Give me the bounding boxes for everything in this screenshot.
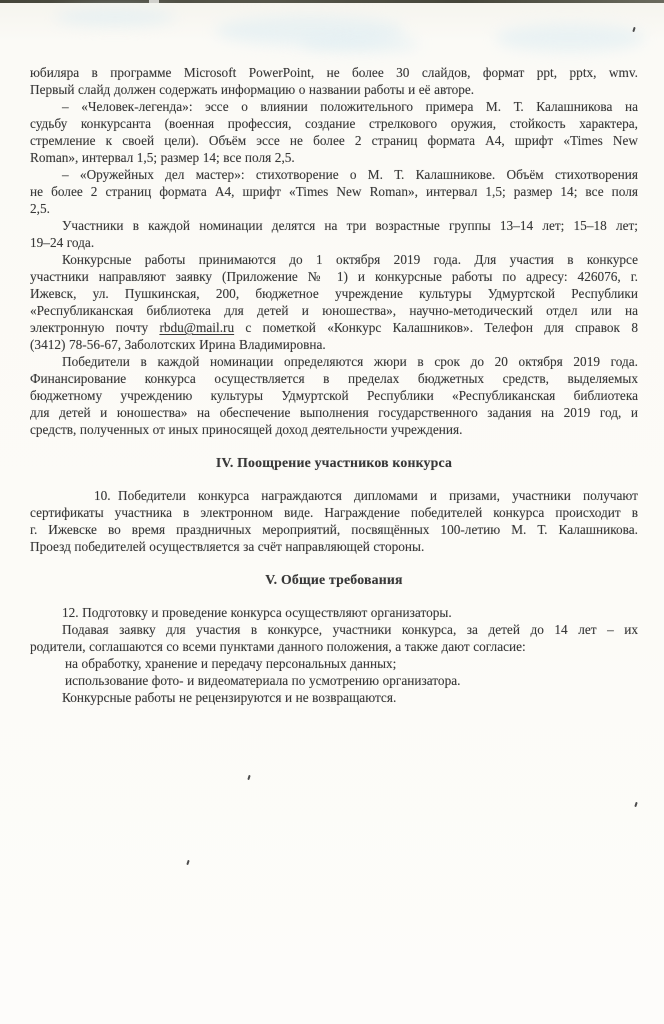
paragraph: юбиляра в программе Microsoft PowerPoint… [30, 64, 638, 98]
section-heading: IV. Поощрение участников конкурса [30, 454, 638, 471]
text-line: Первый слайд должен содержать информацию… [30, 81, 638, 98]
text-line: электронную почту rbdu@mail.ru с пометко… [30, 319, 638, 336]
scan-speck [634, 802, 637, 807]
text-line: бюджетному учреждению культуры Удмуртско… [30, 387, 638, 404]
text-line: – «Человек-легенда»: эссе о влиянии поло… [30, 98, 638, 115]
scan-speck [247, 775, 250, 780]
text-line: – «Оружейных дел мастер»: стихотворение … [30, 166, 638, 183]
scan-smudge [55, 8, 175, 26]
text-line: Проезд победителей осуществляется за счё… [30, 538, 638, 555]
document-content: юбиляра в программе Microsoft PowerPoint… [30, 64, 638, 706]
text-line: для детей и юношества» на обеспечение вы… [30, 404, 638, 421]
paragraph: использование фото- и видеоматериала по … [30, 672, 638, 689]
text-line: Конкурсные работы принимаются до 1 октяб… [30, 251, 638, 268]
scanner-top-edge-gap [149, 0, 159, 3]
text-line: 12. Подготовку и проведение конкурса осу… [30, 604, 638, 621]
paragraph: на обработку, хранение и передачу персон… [30, 655, 638, 672]
text-line: судьбу конкурсанта (военная профессия, с… [30, 115, 638, 132]
text-line: Победители в каждой номинации определяют… [30, 353, 638, 370]
text-line: Финансирование конкурса осуществляется в… [30, 370, 638, 387]
paragraph: Победители в каждой номинации определяют… [30, 353, 638, 438]
scan-smudge [495, 24, 645, 52]
text-line: стремление к своей цели). Объём эссе не … [30, 132, 638, 149]
paragraph: Участники в каждой номинации делятся на … [30, 217, 638, 251]
email-text: rbdu@mail.ru [159, 320, 234, 335]
scan-speck [186, 860, 189, 865]
text-line: участники направляют заявку (Приложение … [30, 268, 638, 285]
paragraph: – «Оружейных дел мастер»: стихотворение … [30, 166, 638, 217]
text-line: юбиляра в программе Microsoft PowerPoint… [30, 64, 638, 81]
text-line: средств, полученных от иных приносящей д… [30, 421, 638, 438]
paragraph: Подавая заявку для участия в конкурсе, у… [30, 621, 638, 655]
paragraph: Конкурсные работы не рецензируются и не … [30, 689, 638, 706]
item-number: 10. [62, 487, 118, 504]
text-line: Участники в каждой номинации делятся на … [30, 217, 638, 234]
scan-smudge [300, 36, 420, 52]
text-line: 19–24 года. [30, 234, 638, 251]
text-line: не более 2 страниц формата А4, шрифт «Ti… [30, 183, 638, 200]
section-heading: V. Общие требования [30, 571, 638, 588]
text-line: Подавая заявку для участия в конкурсе, у… [30, 621, 638, 638]
text-line: «Республиканская библиотека для детей и … [30, 302, 638, 319]
paragraph: – «Человек-легенда»: эссе о влиянии поло… [30, 98, 638, 166]
text-line: использование фото- и видеоматериала по … [30, 672, 638, 689]
text-line: 2,5. [30, 200, 638, 217]
text-line: Roman», интервал 1,5; размер 14; все пол… [30, 149, 638, 166]
text-line: родители, соглашаются со всеми пунктами … [30, 638, 638, 655]
paragraph: 10.Победители конкурса награждаются дипл… [30, 487, 638, 555]
text-line: сертификаты участника в электронном виде… [30, 504, 638, 521]
text-line: на обработку, хранение и передачу персон… [30, 655, 638, 672]
text-line: (3412) 78-56-67, Заболотских Ирина Влади… [30, 336, 638, 353]
paragraph: Конкурсные работы принимаются до 1 октяб… [30, 251, 638, 353]
text-line: г. Ижевске во время праздничных мероприя… [30, 521, 638, 538]
text-line: Конкурсные работы не рецензируются и не … [30, 689, 638, 706]
scanned-page: юбиляра в программе Microsoft PowerPoint… [0, 0, 664, 1024]
scanner-top-edge [0, 0, 664, 3]
text-line: Ижевск, ул. Пушкинская, 200, бюджетное у… [30, 285, 638, 302]
text-line: 10.Победители конкурса награждаются дипл… [30, 487, 638, 504]
paragraph: 12. Подготовку и проведение конкурса осу… [30, 604, 638, 621]
